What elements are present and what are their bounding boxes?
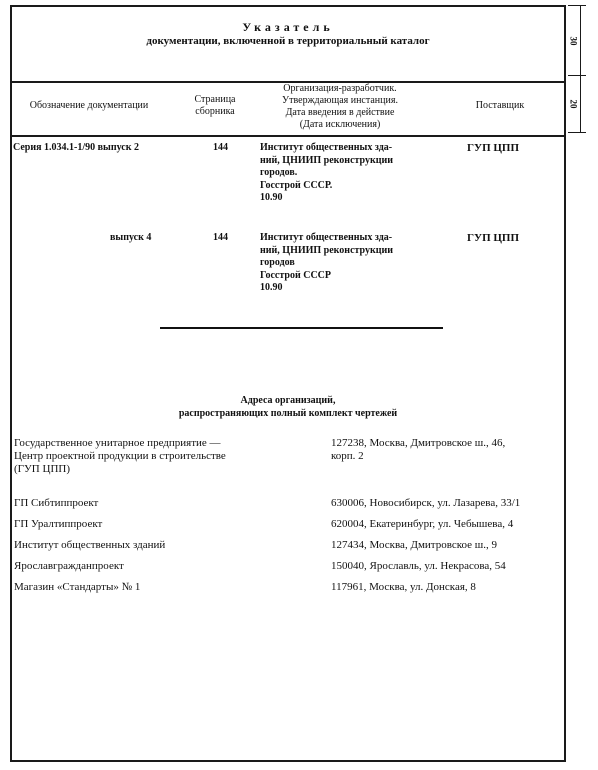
addresses-title: Адреса организаций, распространяющих пол… [10,394,566,420]
address-org: Ярославгражданпроект [14,560,314,573]
org-line: Госстрой СССР [260,270,435,283]
org-line: городов [260,257,435,270]
column-header-organization: Организация-разработчик. Утверждающая ин… [250,83,430,131]
org-line: Институт общественных зда- [260,232,435,245]
org-line: 10.90 [260,192,435,205]
header-text: Организация-разработчик. [250,83,430,95]
address-location: 630006, Новосибирск, ул. Лазарева, 33/1 [331,497,576,510]
index-title-block: Указатель документации, включенной в тер… [10,20,566,48]
column-header-page: Страница сборника [180,94,250,118]
row-1-page: 144 [213,142,228,155]
header-text: Страница [180,94,250,106]
addresses-heading: Адреса организаций, [10,394,566,407]
address-location: 127238, Москва, Дмитровское ш., 46, корп… [331,437,576,463]
org-line: городов. [260,167,435,180]
column-header-supplier: Поставщик [450,100,550,112]
row-2-organization: Институт общественных зда- ний, ЦНИИП ре… [260,232,435,295]
row-1-organization: Институт общественных зда- ний, ЦНИИП ре… [260,142,435,205]
dimension-tick [568,5,586,6]
column-header-designation: Обозначение документации [14,100,164,112]
address-org: Государственное унитарное предприятие — … [14,437,314,476]
address-location: 620004, Екатеринбург, ул. Чебышева, 4 [331,518,576,531]
addr-line: корп. 2 [331,450,576,463]
address-org: ГП Сибтиппроект [14,497,314,510]
addr-line: 127238, Москва, Дмитровское ш., 46, [331,437,576,450]
header-text: Поставщик [450,100,550,112]
dimension-tick [568,132,586,133]
address-location: 150040, Ярославль, ул. Некрасова, 54 [331,560,576,573]
row-2-page: 144 [213,232,228,245]
org-line: 10.90 [260,282,435,295]
org-line: ний, ЦНИИП реконструкции [260,155,435,168]
header-text: Утверждающая инстанция. [250,95,430,107]
address-org: Магазин «Стандарты» № 1 [14,581,314,594]
address-location: 117961, Москва, ул. Донская, 8 [331,581,576,594]
header-text: (Дата исключения) [250,119,430,131]
row-1-designation: Серия 1.034.1-1/90 выпуск 2 [13,142,139,155]
org-line: (ГУП ЦПП) [14,463,314,476]
org-line: Госстрой СССР. [260,180,435,193]
header-text: сборника [180,106,250,118]
dimension-tick [568,75,586,76]
header-divider [10,135,566,137]
dimension-label-header: 20 [569,100,579,109]
dimension-line [580,5,581,132]
row-1-supplier: ГУП ЦПП [467,142,519,155]
org-line: Государственное унитарное предприятие — [14,437,314,450]
dimension-label-title: 30 [569,37,579,46]
index-subtitle: документации, включенной в территориальн… [10,34,566,48]
section-separator [160,327,443,329]
row-2-supplier: ГУП ЦПП [467,232,519,245]
addresses-subheading: распространяющих полный комплект чертеже… [10,407,566,420]
header-text: Обозначение документации [14,100,164,112]
org-line: Институт общественных зда- [260,142,435,155]
org-line: Центр проектной продукции в строительств… [14,450,314,463]
org-line: ний, ЦНИИП реконструкции [260,245,435,258]
header-text: Дата введения в действие [250,107,430,119]
address-org: Институт общественных зданий [14,539,314,552]
address-location: 127434, Москва, Дмитровское ш., 9 [331,539,576,552]
address-org: ГП Уралтиппроект [14,518,314,531]
row-2-designation: выпуск 4 [110,232,151,245]
index-title: Указатель [10,20,566,34]
